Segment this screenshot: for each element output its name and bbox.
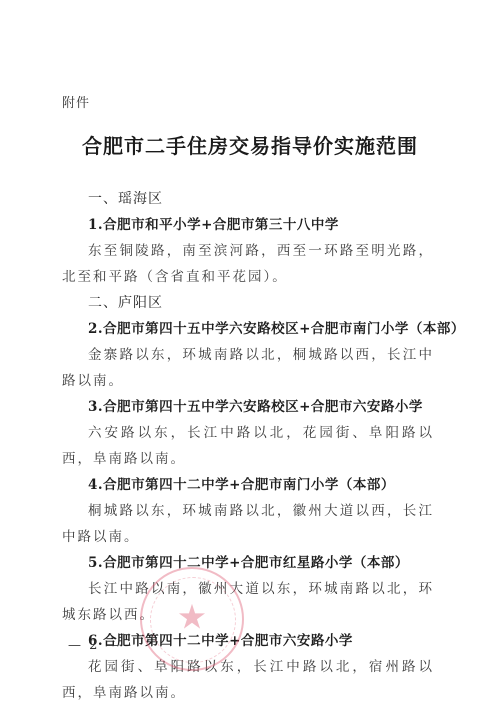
item-description: 东至铜陵路，南至滨河路，西至一环路至明光路，北至和平路（含省直和平花园）。 (62, 238, 434, 290)
section-heading: 一、瑶海区 (62, 186, 434, 212)
item-title: 4.合肥市第四十二中学+合肥市南门小学（本部） (62, 472, 434, 498)
item-title: 1.合肥市和平小学+合肥市第三十八中学 (62, 212, 434, 238)
document-body: 一、瑶海区 1.合肥市和平小学+合肥市第三十八中学 东至铜陵路，南至滨河路，西至… (62, 186, 434, 706)
item-title: 5.合肥市第四十二中学+合肥市红星路小学（本部） (62, 550, 434, 576)
item-title: 2.合肥市第四十五中学六安路校区+合肥市南门小学（本部） (62, 316, 434, 342)
item-description: 花园街、阜阳路以东，长江中路以北，宿州路以西，阜南路以南。 (62, 654, 434, 706)
document-page: 附件 合肥市二手住房交易指导价实施范围 一、瑶海区 1.合肥市和平小学+合肥市第… (0, 0, 500, 707)
item-description: 金寨路以东，环城南路以北，桐城路以西，长江中路以南。 (62, 342, 434, 394)
attachment-label: 附件 (62, 92, 90, 111)
document-title: 合肥市二手住房交易指导价实施范围 (0, 130, 500, 159)
item-description: 长江中路以南，徽州大道以东，环城南路以北，环城东路以西。 (62, 576, 434, 628)
item-description: 桐城路以东，环城南路以北，徽州大道以西，长江中路以南。 (62, 498, 434, 550)
section-heading: 二、庐阳区 (62, 290, 434, 316)
section-yaohai: 一、瑶海区 1.合肥市和平小学+合肥市第三十八中学 东至铜陵路，南至滨河路，西至… (62, 186, 434, 290)
item-title: 3.合肥市第四十五中学六安路校区+合肥市六安路小学 (62, 394, 434, 420)
item-description: 六安路以东，长江中路以北，花园街、阜阳路以西，阜南路以南。 (62, 420, 434, 472)
page-number: — 2 — (68, 638, 121, 653)
